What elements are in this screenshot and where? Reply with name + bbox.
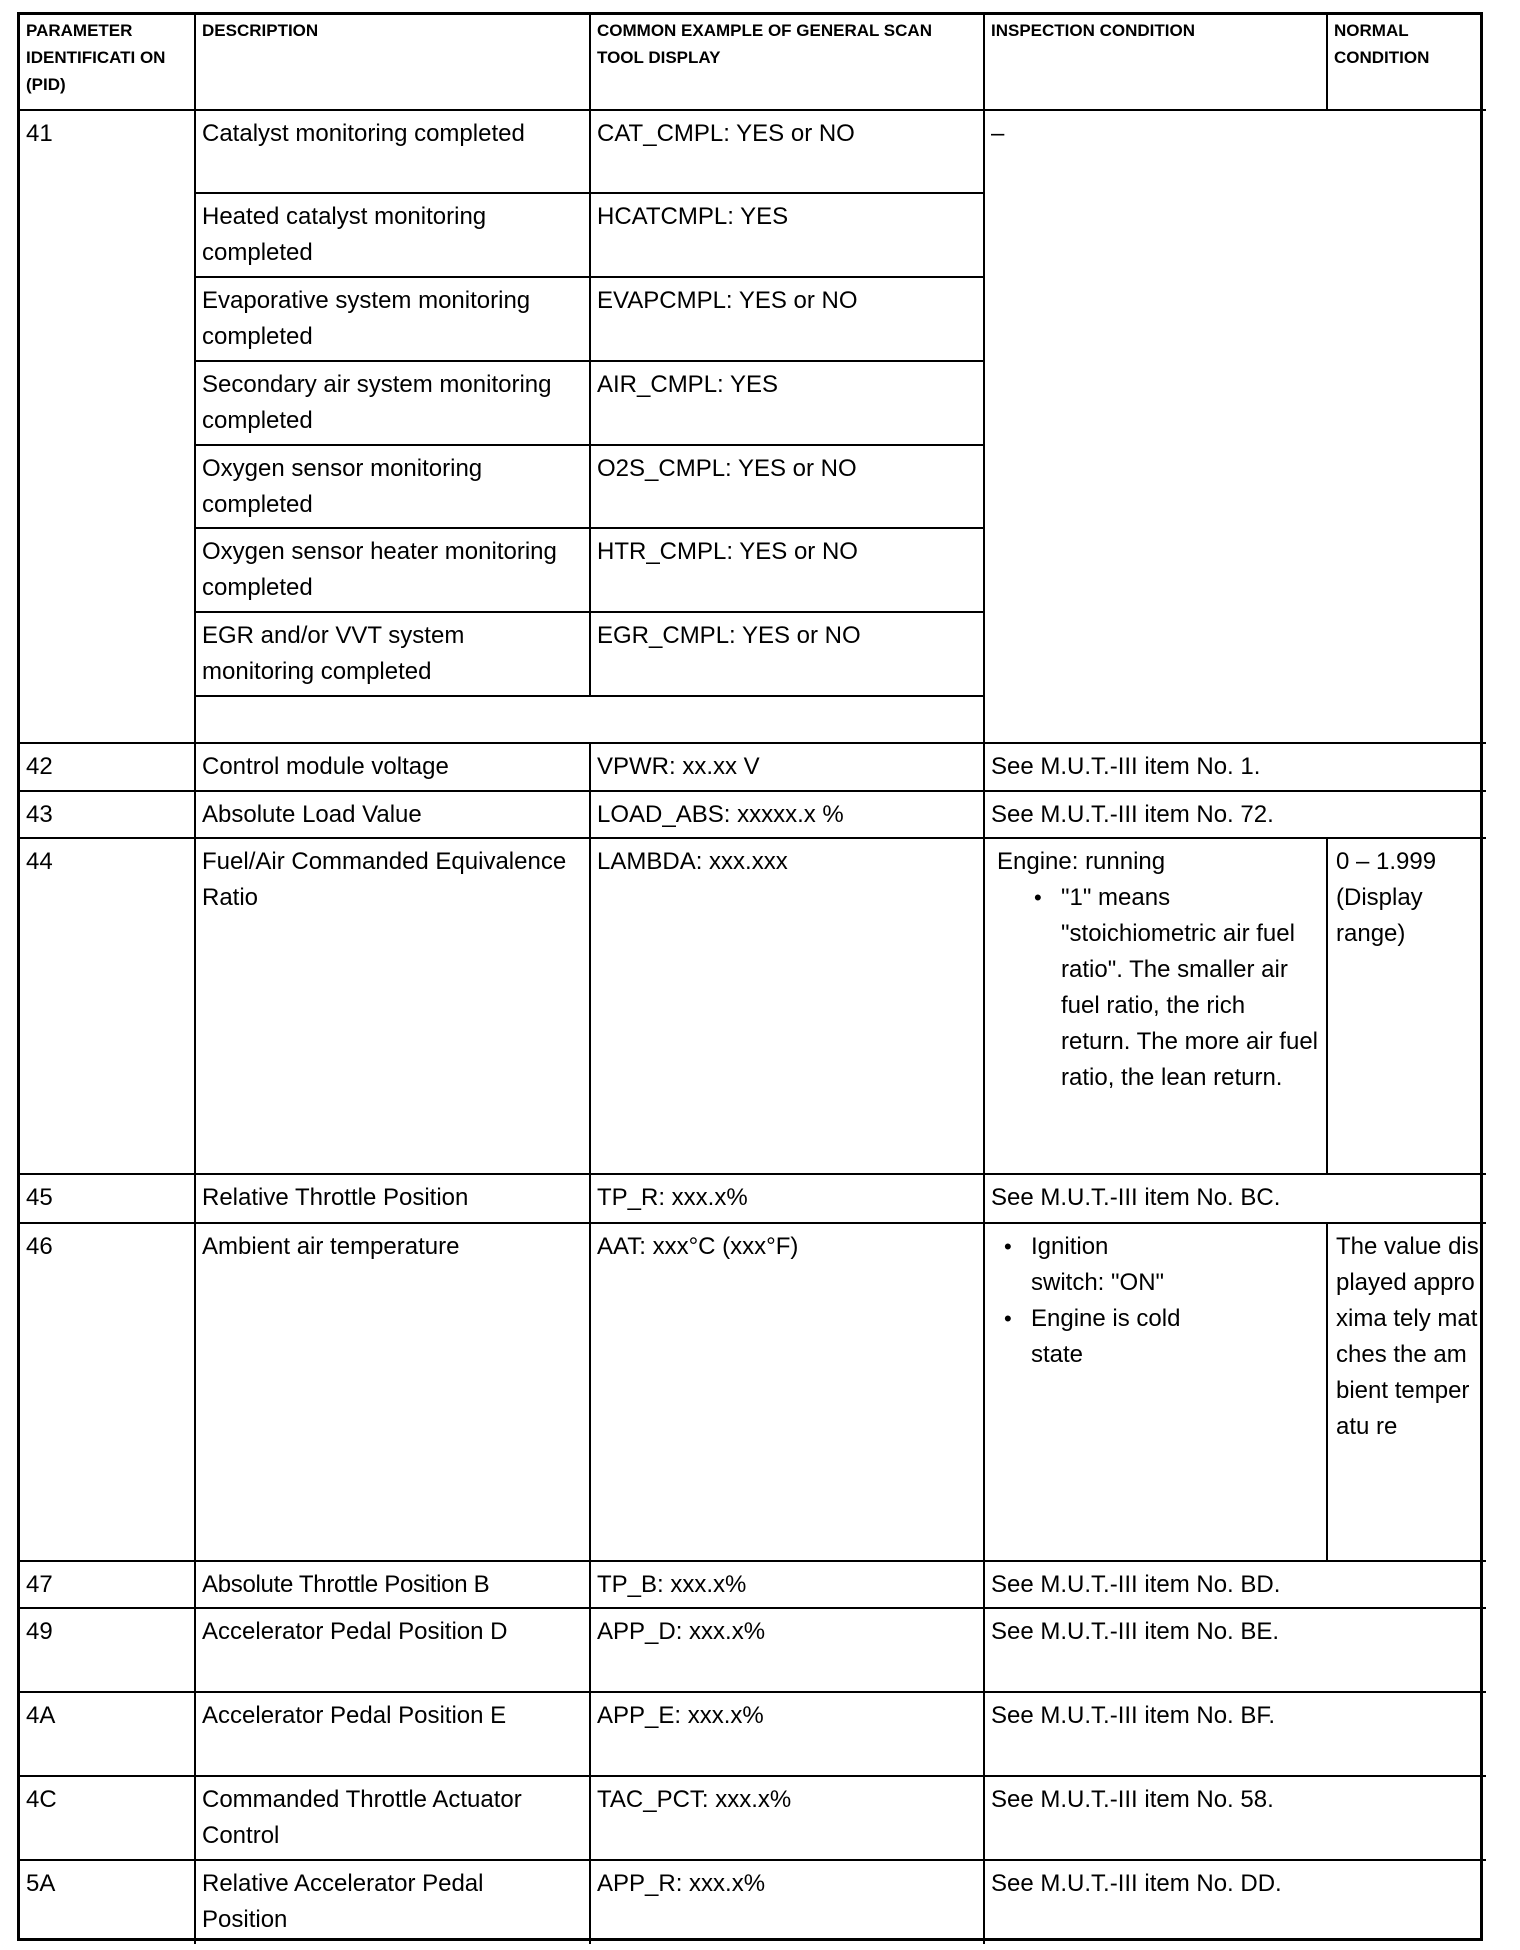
row41-description: Catalyst monitoring completed: [196, 111, 591, 194]
inspection-42: See M.U.T.-III item No. 1.: [985, 744, 1486, 792]
display-5A: APP_R: xxx.x%: [591, 1861, 985, 1944]
inspection-44: Engine: running "1" means "stoichiometri…: [985, 839, 1328, 1175]
pid-5A: 5A: [20, 1861, 196, 1944]
normal-46: The value displayed approxima tely match…: [1328, 1224, 1486, 1562]
row41-display: AIR_CMPL: YES: [591, 362, 985, 446]
header-description: DESCRIPTION: [196, 15, 591, 111]
display-4A: APP_E: xxx.x%: [591, 1693, 985, 1777]
description-4A: Accelerator Pedal Position E: [196, 1693, 591, 1777]
inspection-4C: See M.U.T.-III item No. 58.: [985, 1777, 1486, 1861]
inspection-43: See M.U.T.-III item No. 72.: [985, 792, 1486, 839]
display-47: TP_B: xxx.x%: [591, 1562, 985, 1609]
description-45: Relative Throttle Position: [196, 1175, 591, 1224]
row41-description: Evaporative system monitoring completed: [196, 278, 591, 362]
pid-47: 47: [20, 1562, 196, 1609]
row41-display: HCATCMPL: YES: [591, 194, 985, 278]
inspection-46: Ignition switch: "ON" Engine is cold sta…: [985, 1224, 1328, 1562]
display-44: LAMBDA: xxx.xxx: [591, 839, 985, 1175]
row41-display: CAT_CMPL: YES or NO: [591, 111, 985, 194]
pid-46: 46: [20, 1224, 196, 1562]
description-42: Control module voltage: [196, 744, 591, 792]
row41-empty-cell: [196, 697, 985, 744]
inspection-49: See M.U.T.-III item No. BE.: [985, 1609, 1486, 1693]
row41-description: Secondary air system monitoring complete…: [196, 362, 591, 446]
pid-44: 44: [20, 839, 196, 1175]
pid-45: 45: [20, 1175, 196, 1224]
description-47: Absolute Throttle Position B: [196, 1562, 591, 1609]
row41-display: EVAPCMPL: YES or NO: [591, 278, 985, 362]
row41-display: HTR_CMPL: YES or NO: [591, 529, 985, 613]
row41-display: O2S_CMPL: YES or NO: [591, 446, 985, 529]
header-normal: NORMAL CONDITION: [1328, 15, 1486, 111]
pid-4C: 4C: [20, 1777, 196, 1861]
inspection-44-heading: Engine: running: [997, 844, 1320, 880]
row41-description: Oxygen sensor monitoring completed: [196, 446, 591, 529]
display-43: LOAD_ABS: xxxxx.x %: [591, 792, 985, 839]
row41-description: EGR and/or VVT system monitoring complet…: [196, 613, 591, 697]
display-4C: TAC_PCT: xxx.x%: [591, 1777, 985, 1861]
inspection-4A: See M.U.T.-III item No. BF.: [985, 1693, 1486, 1777]
description-5A: Relative Accelerator Pedal Position: [196, 1861, 591, 1944]
pid-49: 49: [20, 1609, 196, 1693]
pid-41: 41: [20, 111, 196, 744]
description-43: Absolute Load Value: [196, 792, 591, 839]
display-45: TP_R: xxx.x%: [591, 1175, 985, 1224]
pid-table: PARAMETER IDENTIFICATI ON (PID) DESCRIPT…: [17, 12, 1483, 1941]
pid-4A: 4A: [20, 1693, 196, 1777]
inspection-46-bullet: Ignition switch: "ON": [1031, 1229, 1181, 1301]
inspection-47: See M.U.T.-III item No. BD.: [985, 1562, 1486, 1609]
row41-display: EGR_CMPL: YES or NO: [591, 613, 985, 697]
header-pid: PARAMETER IDENTIFICATI ON (PID): [20, 15, 196, 111]
display-49: APP_D: xxx.x%: [591, 1609, 985, 1693]
row41-inspection: –: [985, 111, 1486, 744]
display-42: VPWR: xx.xx V: [591, 744, 985, 792]
inspection-46-bullet: Engine is cold state: [1031, 1301, 1181, 1373]
header-display: COMMON EXAMPLE OF GENERAL SCAN TOOL DISP…: [591, 15, 985, 111]
pid-42: 42: [20, 744, 196, 792]
description-44: Fuel/Air Commanded Equivalence Ratio: [196, 839, 591, 1175]
inspection-5A: See M.U.T.-III item No. DD.: [985, 1861, 1486, 1944]
description-49: Accelerator Pedal Position D: [196, 1609, 591, 1693]
inspection-45: See M.U.T.-III item No. BC.: [985, 1175, 1486, 1224]
normal-44: 0 – 1.999 (Display range): [1328, 839, 1486, 1175]
description-4C: Commanded Throttle Actuator Control: [196, 1777, 591, 1861]
pid-43: 43: [20, 792, 196, 839]
row41-description: Oxygen sensor heater monitoring complete…: [196, 529, 591, 613]
display-46: AAT: xxx°C (xxx°F): [591, 1224, 985, 1562]
header-inspection: INSPECTION CONDITION: [985, 15, 1328, 111]
description-46: Ambient air temperature: [196, 1224, 591, 1562]
row41-description: Heated catalyst monitoring completed: [196, 194, 591, 278]
inspection-44-bullet: "1" means "stoichiometric air fuel ratio…: [1061, 880, 1320, 1096]
